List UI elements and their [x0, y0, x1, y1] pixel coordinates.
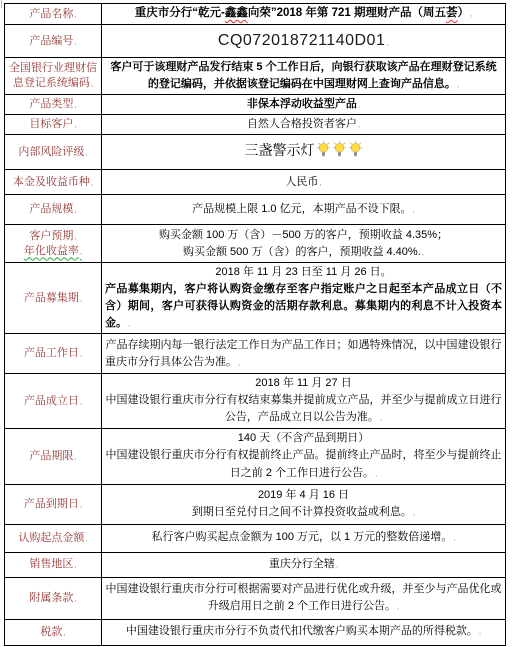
misspelled-text: 荟 — [446, 7, 458, 19]
value-tax: 中国建设银行重庆市分行不负责代扣代缴客户购买本期产品的所得税款。 — [102, 619, 506, 645]
table-row: 全国银行业理财信息登记系统编码 客户可于该理财产品发行结束 5 个工作日后，向银… — [5, 58, 506, 95]
table-row: 产品募集期 2018 年 11 月 23 日至 11 月 26 日。产品募集期内… — [5, 263, 506, 334]
misspelled-text: 鑫鑫 — [225, 7, 248, 19]
table-row: 产品规模 产品规模上限 1.0 亿元，本期产品不设下限。 — [5, 195, 506, 225]
label-additional-terms: 附属条款 — [5, 577, 102, 619]
warning-light-icon — [332, 140, 347, 165]
table-row: 产品工作日 产品存续期内每一银行法定工作日为产品工作日；如遇特殊情况，以中国建设… — [5, 334, 506, 374]
value-currency: 人民币 — [102, 170, 506, 195]
label-product-scale: 产品规模 — [5, 195, 102, 225]
table-row: 销售地区 重庆分行全辖 — [5, 552, 506, 577]
table-row: 附属条款 中国建设银行重庆市分行可根据需要对产品进行优化或升级，并至少与产品优化… — [5, 577, 506, 619]
value-product-code: CQ072018721140D01 — [102, 25, 506, 58]
table-row: 本金及收益币种 人民币 — [5, 170, 506, 195]
fundraising-terms: 产品募集期内，客户将认购资金缴存至客户指定账户之日起至本产品成立日（不含）期间，… — [105, 281, 502, 332]
label-internal-risk-rating: 内部风险评级 — [5, 135, 102, 170]
table-row: 内部风险评级 三盏警示灯 — [5, 135, 506, 170]
value-product-name: 重庆市分行“乾元-鑫鑫向荣”2018 年第 721 期理财产品（周五荟） — [102, 4, 506, 25]
value-fundraising-period: 2018 年 11 月 23 日至 11 月 26 日。产品募集期内，客户将认购… — [102, 263, 506, 334]
yield-tier-2: 购买金额 500 万（含）的客户，预期收益 4.40%. — [105, 244, 502, 261]
table-row: 产品成立日 2018 年 11 月 27 日中国建设银行重庆市分行有权结束募集并… — [5, 374, 506, 428]
value-expected-yield: 购买金额 100 万（含）－500 万的客户，预期收益 4.35%；购买金额 5… — [102, 225, 506, 263]
value-target-customer: 自然人合格投资者客户 — [102, 115, 506, 135]
value-maturity-date: 2019 年 4 月 16 日到期日至兑付日之间不计算投资收益或利息。 — [102, 484, 506, 524]
product-info-table: 产品名称 重庆市分行“乾元-鑫鑫向荣”2018 年第 721 期理财产品（周五荟… — [4, 3, 506, 646]
label-maturity-date: 产品到期日 — [5, 484, 102, 524]
table-row: 产品类型 非保本浮动收益型产品 — [5, 95, 506, 115]
value-product-type: 非保本浮动收益型产品 — [102, 95, 506, 115]
label-sales-region: 销售地区 — [5, 552, 102, 577]
value-registration-code: 客户可于该理财产品发行结束 5 个工作日后，向银行获取该产品在理财登记系统的登记… — [102, 58, 506, 95]
value-internal-risk-rating: 三盏警示灯 — [102, 135, 506, 170]
table-row: 产品编号 CQ072018721140D01 — [5, 25, 506, 58]
label-product-type: 产品类型 — [5, 95, 102, 115]
value-product-scale: 产品规模上限 1.0 亿元，本期产品不设下限。 — [102, 195, 506, 225]
value-sales-region: 重庆分行全辖 — [102, 552, 506, 577]
label-product-name: 产品名称 — [5, 4, 102, 25]
table-row: 税款 中国建设银行重庆市分行不负责代扣代缴客户购买本期产品的所得税款。 — [5, 619, 506, 645]
warning-light-icon — [348, 140, 363, 165]
label-min-subscription: 认购起点金额 — [5, 524, 102, 552]
label-registration-code: 全国银行业理财信息登记系统编码 — [5, 58, 102, 95]
maturity-date-text: 2019 年 4 月 16 日 — [105, 487, 502, 504]
grammar-checked-text: 年化收益率 — [24, 245, 82, 257]
label-product-term: 产品期限 — [5, 428, 102, 484]
yield-tier-1: 购买金额 100 万（含）－500 万的客户，预期收益 4.35%； — [105, 227, 502, 244]
label-fundraising-period: 产品募集期 — [5, 263, 102, 334]
value-additional-terms: 中国建设银行重庆市分行可根据需要对产品进行优化或升级，并至少与产品优化或升级启用… — [102, 577, 506, 619]
label-product-code: 产品编号 — [5, 25, 102, 58]
warning-lights — [315, 145, 363, 161]
warning-light-icon — [316, 140, 331, 165]
table-row: 客户预期年化收益率 购买金额 100 万（含）－500 万的客户，预期收益 4.… — [5, 225, 506, 263]
label-tax: 税款 — [5, 619, 102, 645]
table-row: 目标客户 自然人合格投资者客户 — [5, 115, 506, 135]
fundraising-dates: 2018 年 11 月 23 日至 11 月 26 日。 — [105, 264, 502, 281]
table-row: 认购起点金额 私行客户购买起点金额为 100 万元，以 1 万元的整数倍递增。 — [5, 524, 506, 552]
value-establishment-date: 2018 年 11 月 27 日中国建设银行重庆市分行有权结束募集并提前成立产品… — [102, 374, 506, 428]
table-row: 产品到期日 2019 年 4 月 16 日到期日至兑付日之间不计算投资收益或利息… — [5, 484, 506, 524]
maturity-terms: 到期日至兑付日之间不计算投资收益或利息。 — [105, 504, 502, 521]
establishment-terms: 中国建设银行重庆市分行有权结束募集并提前成立产品，并至少与提前成立日进行公告，产… — [105, 392, 502, 426]
label-expected-yield: 客户预期年化收益率 — [5, 225, 102, 263]
value-business-day: 产品存续期内每一银行法定工作日为产品工作日；如遇特殊情况，以中国建设银行重庆市分… — [102, 334, 506, 374]
early-termination-terms: 中国建设银行重庆市分行有权提前终止产品。提前终止产品时，将至少与提前终止日之前 … — [105, 447, 502, 481]
table-row: 产品期限 140 天（不含产品到期日）中国建设银行重庆市分行有权提前终止产品。提… — [5, 428, 506, 484]
table-row: 产品名称 重庆市分行“乾元-鑫鑫向荣”2018 年第 721 期理财产品（周五荟… — [5, 4, 506, 25]
label-business-day: 产品工作日 — [5, 334, 102, 374]
value-min-subscription: 私行客户购买起点金额为 100 万元，以 1 万元的整数倍递增。 — [102, 524, 506, 552]
label-target-customer: 目标客户 — [5, 115, 102, 135]
label-currency: 本金及收益币种 — [5, 170, 102, 195]
label-establishment-date: 产品成立日 — [5, 374, 102, 428]
value-product-term: 140 天（不含产品到期日）中国建设银行重庆市分行有权提前终止产品。提前终止产品… — [102, 428, 506, 484]
establishment-date-text: 2018 年 11 月 27 日 — [105, 375, 502, 392]
term-length-text: 140 天（不含产品到期日） — [105, 430, 502, 447]
